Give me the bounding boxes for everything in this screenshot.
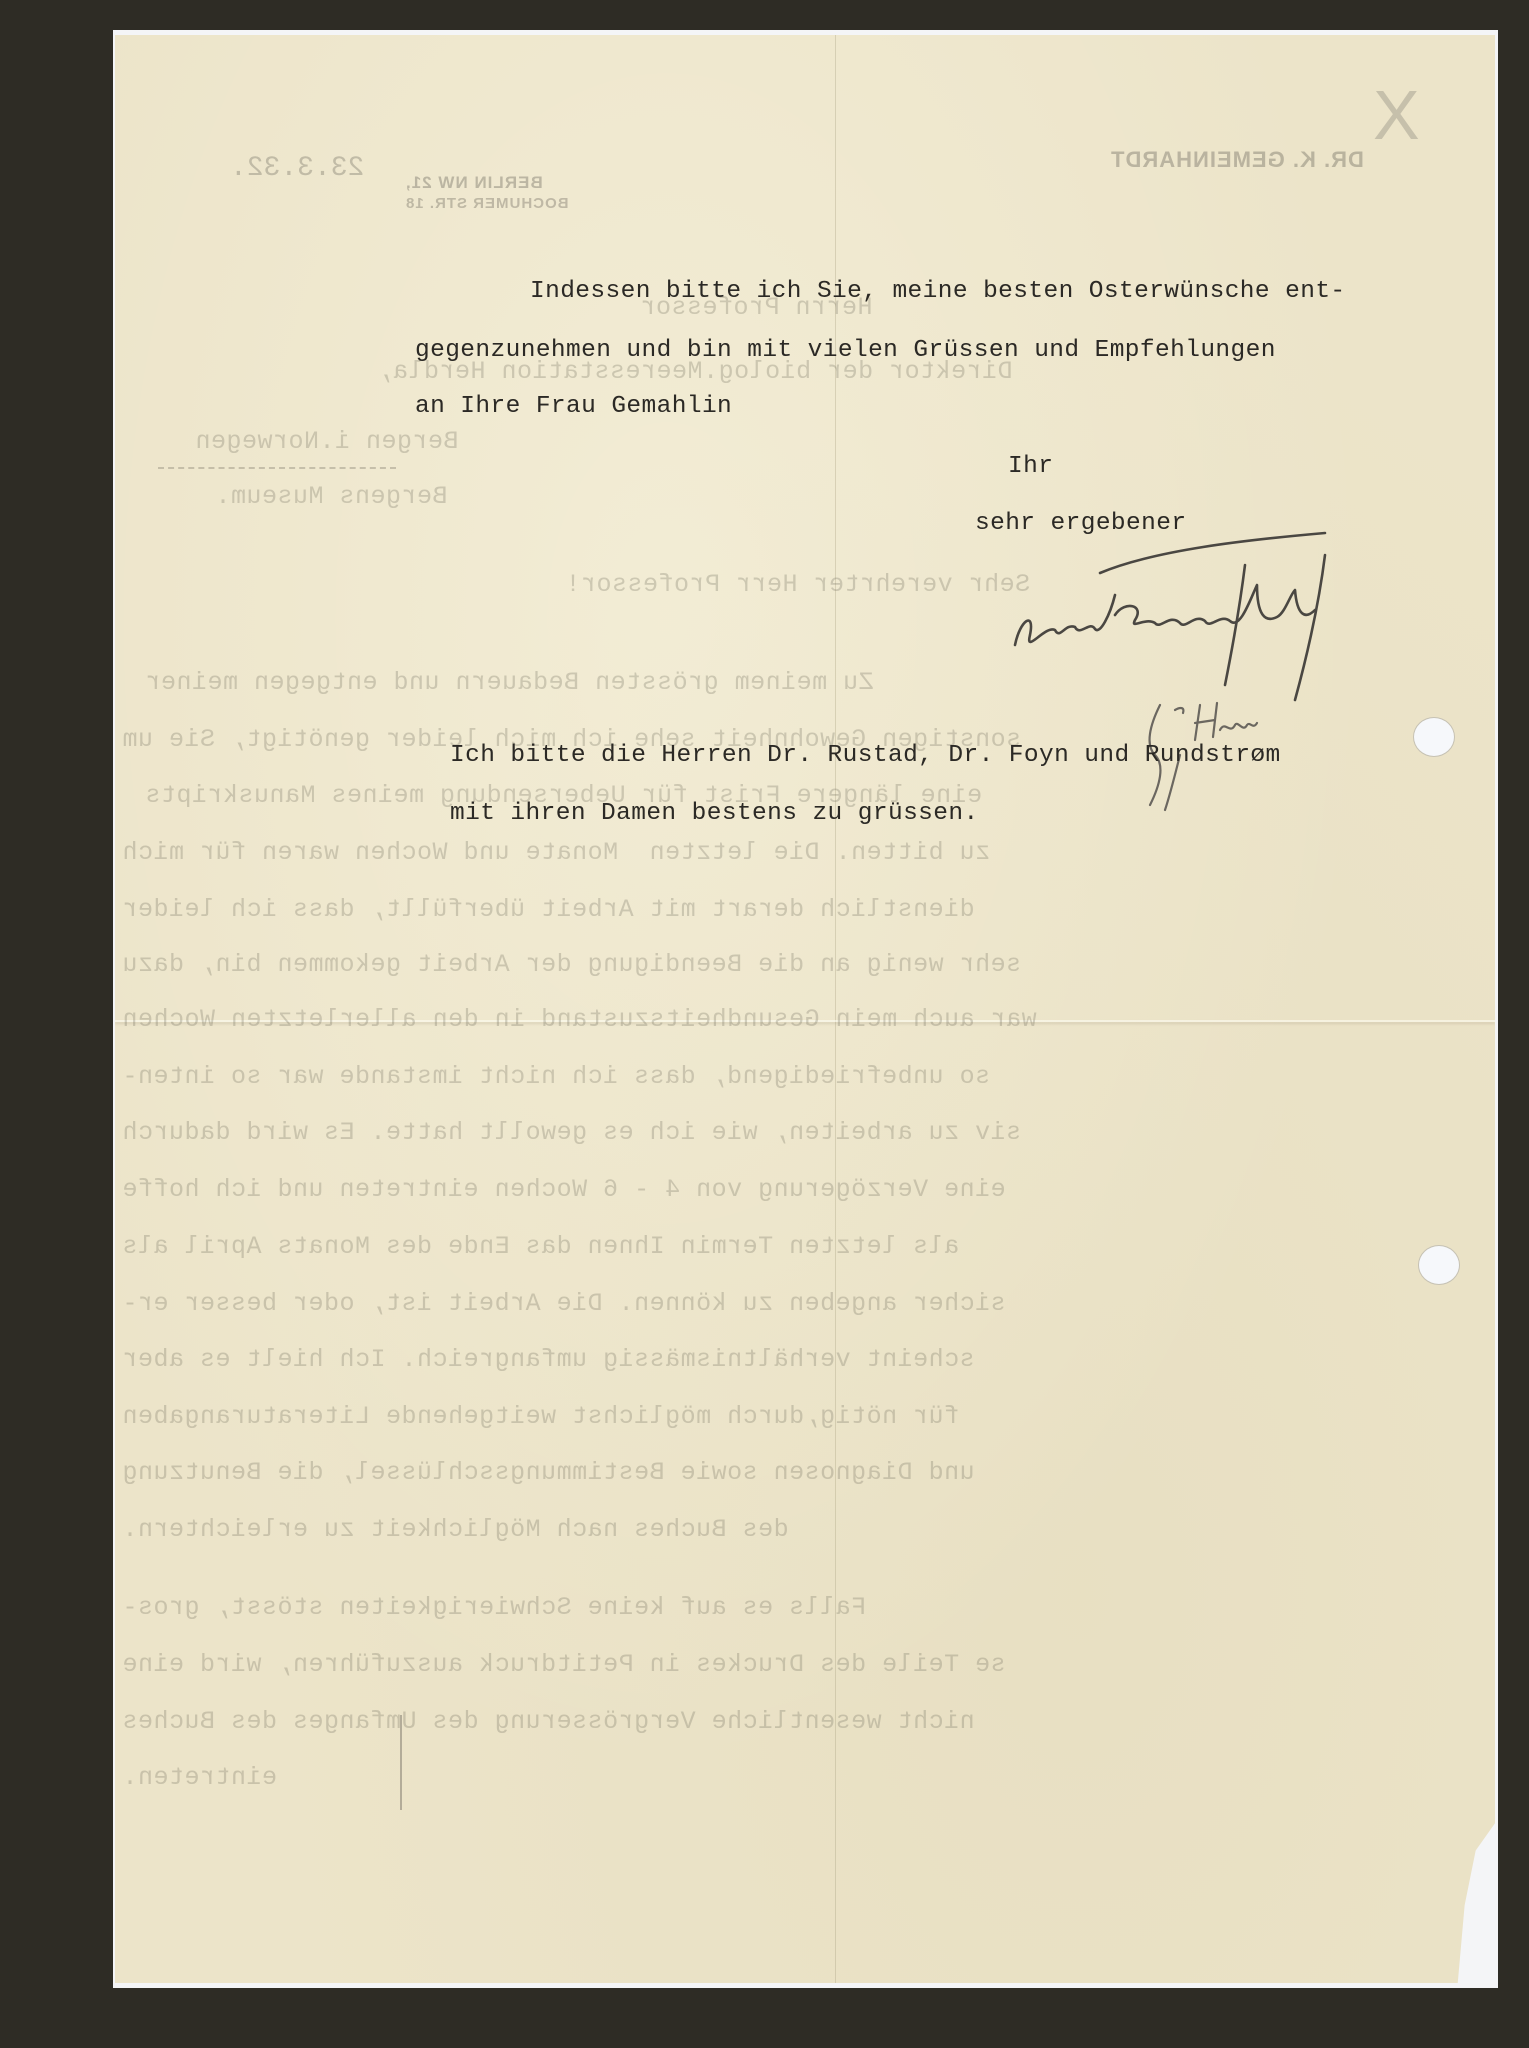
- letter-date-mirrored: 23.3.32.: [230, 153, 364, 184]
- bleed-line: Sehr verehrter Herr Professor!: [565, 570, 1030, 599]
- pencil-stroke: [400, 1715, 402, 1810]
- recipient-line4-mirrored: Bergens Museum.: [215, 482, 448, 511]
- recipient-line3-mirrored: Bergen i.Norwegen: [195, 427, 459, 456]
- bleed-line: Zu meinem grössten Bedauern und entgegen…: [145, 668, 874, 697]
- punch-hole-upper: [1413, 717, 1455, 757]
- bleed-line: so unbefriedigend, dass ich nicht imstan…: [122, 1062, 990, 1091]
- bleed-line: nicht wesentliche Vergrösserung des Umfa…: [122, 1707, 975, 1736]
- bleed-line: se Teile des Druckes in Petitdruck auszu…: [122, 1650, 1006, 1679]
- bleed-line: sicher angeben zu können. Die Arbeit ist…: [122, 1289, 1006, 1318]
- bleed-line: als letzten Termin Ihnen das Ende des Mo…: [122, 1232, 959, 1261]
- para2-line2: mit ihren Damen bestens zu grüssen.: [450, 800, 979, 827]
- para2-line1: Ich bitte die Herren Dr. Rustad, Dr. Foy…: [450, 742, 1281, 769]
- bleed-line: scheint verhältnismässig umfangreich. Ic…: [122, 1345, 975, 1374]
- bleed-line: Falls es auf keine Schwierigkeiten stöss…: [122, 1593, 866, 1622]
- bleed-line: und Diagnosen sowie Bestimmungsschlüssel…: [122, 1458, 975, 1487]
- para1-line2: gegenzunehmen und bin mit vielen Grüssen…: [415, 337, 1276, 364]
- bleed-line: des Buches nach Möglichkeit zu erleichte…: [122, 1515, 789, 1544]
- bleed-line: war auch mein Gesundheitszustand in den …: [122, 1005, 1037, 1034]
- bleed-line: siv zu arbeiten, wie ich es gewollt hatt…: [122, 1118, 1021, 1147]
- bleed-line: eine Verzögerung von 4 - 6 Wochen eintre…: [122, 1175, 1006, 1204]
- pencil-x-mark: X: [1373, 75, 1420, 155]
- letterhead-city-mirrored: BERLIN NW 21,: [405, 173, 543, 193]
- bleed-line: sehr wenig an die Beendigung der Arbeit …: [122, 950, 1021, 979]
- para1-line1: Indessen bitte ich Sie, meine besten Ost…: [530, 278, 1346, 305]
- letterhead-street-mirrored: BOCHUMER STR. 18: [405, 195, 569, 212]
- letter-page: X DR. K. GEMEINHARDT BERLIN NW 21, BOCHU…: [115, 35, 1495, 1983]
- bleed-line: zu bitten. Die letzten Monate und Wochen…: [122, 838, 990, 867]
- handwritten-signature: [995, 505, 1415, 715]
- para1-line3: an Ihre Frau Gemahlin: [415, 393, 732, 420]
- punch-hole-lower: [1418, 1245, 1460, 1285]
- recipient-separator-mirrored: [158, 467, 396, 469]
- bleed-line: dienstlich derart mit Arbeit überfüllt, …: [122, 895, 975, 924]
- bleed-line: eintreten.: [122, 1763, 277, 1792]
- bleed-line: für nötig,durch möglichst weitgehende Li…: [122, 1402, 959, 1431]
- closing-ihr: Ihr: [1008, 453, 1053, 480]
- letterhead-name-mirrored: DR. K. GEMEINHARDT: [1110, 147, 1364, 173]
